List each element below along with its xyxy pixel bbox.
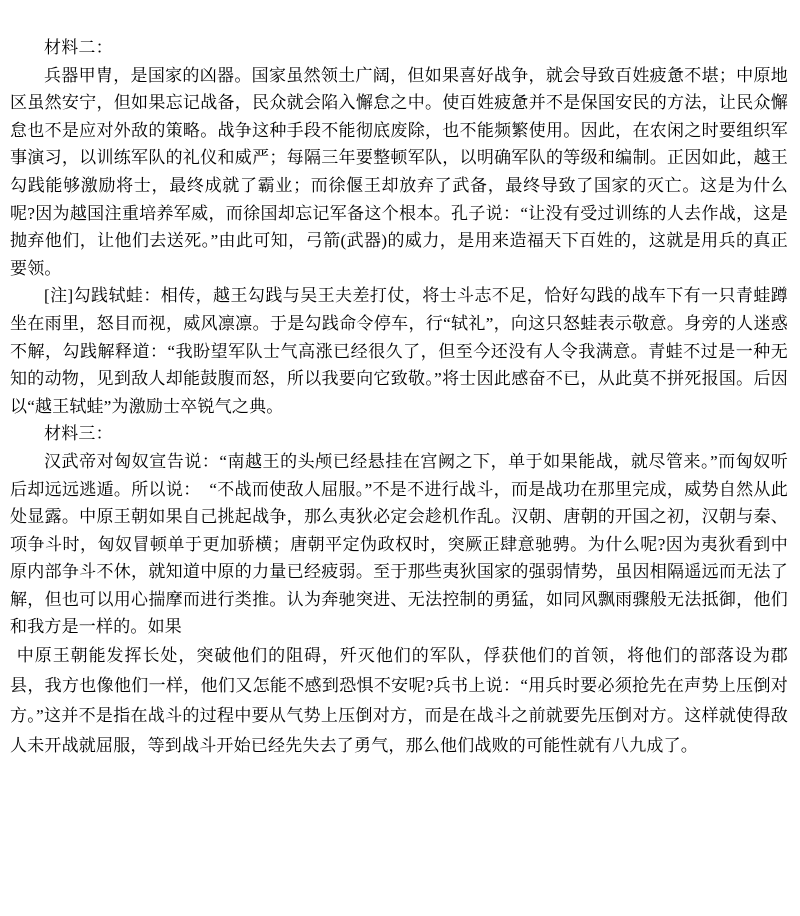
material2-note-paragraph: [注]勾践轼蛙：相传，越王勾践与吴王夫差打仗，将士斗志不足，恰好勾践的战车下有一… (10, 282, 788, 420)
document-page: 材料二： 兵器甲胄，是国家的凶器。国家虽然领土广阔，但如果喜好战争，就会导致百姓… (0, 0, 800, 916)
material3-body-paragraph: 汉武帝对匈奴宣告说：“南越王的头颅已经悬挂在宫阙之下，单于如果能战，就尽管来。”… (10, 448, 788, 641)
material2-heading: 材料二： (10, 34, 788, 62)
closing-paragraph: 中原王朝能发挥长处，突破他们的阻碍，歼灭他们的军队，俘获他们的首领，将他们的部落… (10, 641, 788, 761)
material3-heading: 材料三： (10, 420, 788, 448)
material2-body-paragraph: 兵器甲胄，是国家的凶器。国家虽然领土广阔，但如果喜好战争，就会导致百姓疲惫不堪；… (10, 62, 788, 283)
